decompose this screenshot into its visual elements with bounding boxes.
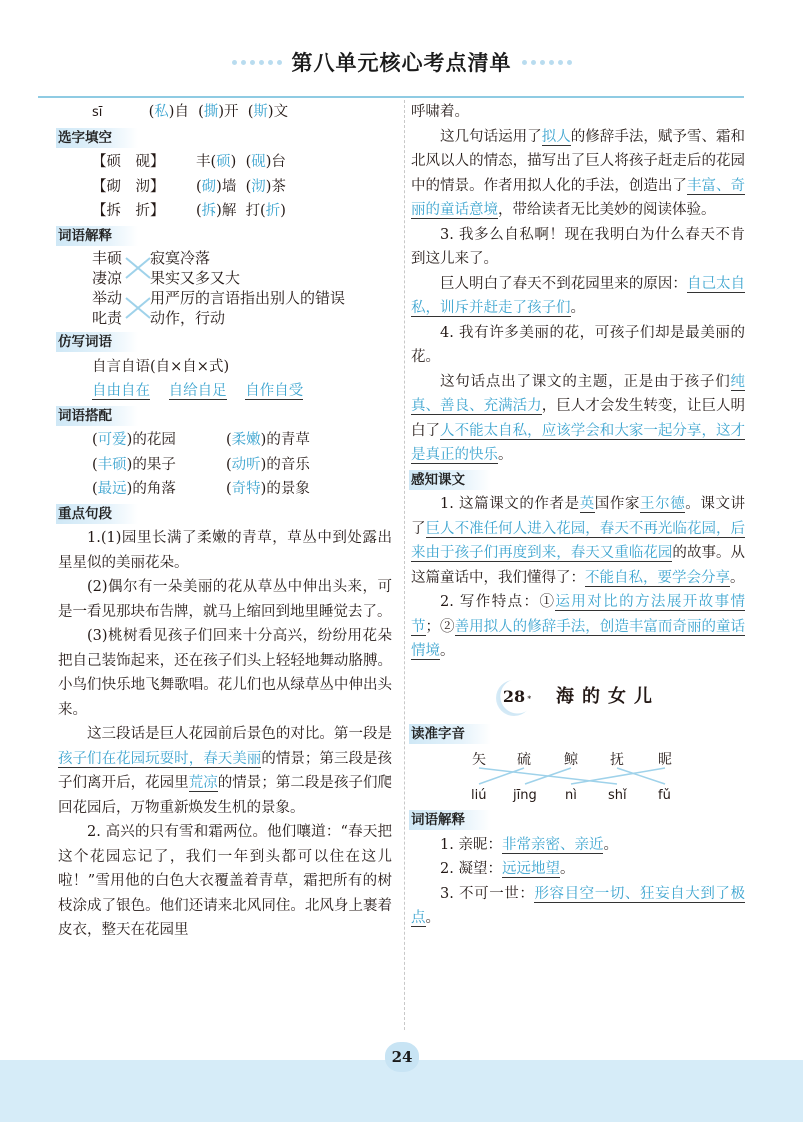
text: 这句话点出了课文的主题，正是由于孩子们 (440, 374, 731, 390)
answer: 撕 (204, 104, 219, 120)
answer: 最远 (98, 481, 127, 497)
lesson-name: 海的女儿 (556, 685, 660, 710)
text: 文 (274, 104, 289, 120)
text: 这几句话运用了 (440, 129, 542, 145)
text: 打( (246, 203, 266, 219)
imitate-example: 自言自语(自×自×式) (58, 355, 392, 380)
answer: 不能自私，要学会分享 (585, 570, 730, 587)
page-title: 第八单元核心考点清单 (292, 47, 512, 77)
fill-choice-row: 【拆 折】(拆)解 打(折) (58, 199, 392, 224)
answer: 可爱 (98, 432, 127, 448)
text: )台 (266, 154, 286, 170)
text: 自 (174, 104, 189, 120)
text: 1. 这篇课文的作者是 (440, 496, 580, 512)
passage-analysis: 巨人明白了春天不到花园里来的原因：自己太自私，训斥并赶走了孩子们。 (411, 272, 745, 321)
answer: 砚 (251, 154, 266, 170)
matching-lines-icon (124, 248, 152, 330)
right-column: 呼啸着。 这几句话运用了拟人的修辞手法，赋予雪、霜和北风以人的情态，描写出了巨人… (411, 100, 745, 931)
match-meaning: 寂寞冷落 (150, 248, 210, 268)
pron-char: 鲸 (564, 748, 578, 773)
match-meaning: 果实又多又大 (150, 268, 240, 288)
section-heading-fill-choice: 选字填空 (56, 128, 138, 148)
text: 。 (440, 643, 455, 659)
answer: 柔嫩 (232, 432, 261, 448)
answer: 丰硕 (98, 457, 127, 473)
fill-choice-row: 【硕 砚】丰(硕) (砚)台 (58, 150, 392, 175)
answer: 拟人 (542, 129, 571, 146)
match-word: 叱责 (92, 308, 122, 328)
section-heading-word-explain: 词语解释 (56, 226, 138, 246)
decorative-dots-left (232, 60, 282, 65)
text: )解 (216, 203, 236, 219)
answer: 自给自足 (169, 383, 227, 400)
passage-quote: 3. 我多么自私啊！现在我明白为什么春天不肯到这儿来了。 (411, 223, 745, 272)
match-meaning: 用严厉的言语指出别人的错误 (150, 288, 345, 308)
match-word: 丰硕 (92, 248, 122, 268)
lesson-title: 28* 海的女儿 (411, 674, 745, 722)
section-heading-key-passages: 重点句段 (56, 504, 138, 524)
sisi-line: sī (私)自 (撕)开 (斯)文 (58, 100, 392, 126)
pronunciation-matching: 矢 硫 鲸 抚 昵 liú jīng nì shǐ fǔ (469, 746, 745, 808)
answer: 英 (580, 496, 595, 513)
text: ) (231, 154, 237, 170)
page-number: 24 (385, 1042, 419, 1072)
text: 。 (498, 447, 513, 463)
answer: 动听 (232, 457, 261, 473)
pron-char: 昵 (658, 748, 672, 773)
section-heading-collocation: 词语搭配 (56, 406, 138, 426)
lesson-number-badge: 28* (496, 680, 532, 716)
text: 1. 亲昵： (440, 837, 502, 853)
answer: 善用拟人的修辞手法，创造丰富而奇丽的童话情境 (411, 619, 745, 661)
passage-quote: (2)偶尔有一朵美丽的花从草丛中伸出头来，可是一看见那块布告牌，就马上缩回到地里… (58, 575, 392, 624)
answer: 斯 (253, 104, 268, 120)
pron-pinyin: liú (471, 784, 486, 809)
passage-analysis: 这句话点出了课文的主题，正是由于孩子们纯真、善良、充满活力，巨人才会发生转变，让… (411, 370, 745, 468)
text: 。 (426, 910, 441, 926)
text: 。 (730, 570, 745, 586)
answer: 自作自受 (245, 383, 303, 400)
text: 3. 不可一世： (440, 886, 534, 902)
char-pair: 【砌 沏】 (92, 175, 196, 200)
text: 丰( (196, 154, 216, 170)
left-column: sī (私)自 (撕)开 (斯)文 选字填空 【硕 砚】丰(硕) (砚)台 【砌… (58, 100, 392, 943)
word-explain-item: 2. 凝望：远远地望。 (411, 857, 745, 882)
text: 的角落 (132, 481, 176, 497)
passage-continuation: 呼啸着。 (411, 100, 745, 125)
pron-pinyin: jīng (513, 784, 537, 809)
char-pair: 【拆 折】 (92, 199, 196, 224)
text: )墙 (216, 179, 236, 195)
text: 的音乐 (266, 457, 310, 473)
text: 巨人明白了春天不到花园里来的原因： (440, 276, 687, 292)
column-divider (404, 100, 405, 1030)
answer: 孩子们在花园玩耍时，春天美丽 (58, 751, 261, 768)
passage-analysis: 这三段话是巨人花园前后景色的对比。第一段是孩子们在花园玩耍时，春天美丽的情景；第… (58, 722, 392, 820)
text: 的果子 (132, 457, 176, 473)
text: ；② (426, 619, 455, 635)
collocation-row: (丰硕)的果子(动听)的音乐 (58, 453, 392, 478)
text: 的花园 (132, 432, 176, 448)
section-heading-perceive: 感知课文 (409, 470, 491, 490)
word-matching: 丰硕 凄凉 举动 叱责 寂寞冷落 果实又多又大 用严厉的言语指出别人的错误 动作… (92, 248, 392, 330)
fill-choice-list: 【硕 砚】丰(硕) (砚)台 【砌 沏】(砌)墙 (沏)茶 【拆 折】(拆)解 … (58, 150, 392, 224)
answer: 硕 (216, 154, 231, 170)
text: ) (280, 203, 286, 219)
lesson-mark: * (527, 687, 531, 712)
match-meaning: 动作，行动 (150, 308, 225, 328)
text: )茶 (266, 179, 286, 195)
section-heading-word-explain-2: 词语解释 (409, 810, 491, 830)
pron-char: 抚 (610, 748, 624, 773)
passage-quote: 4. 我有许多美丽的花，可孩子们却是最美丽的花。 (411, 321, 745, 370)
pinyin: sī (92, 101, 144, 126)
perceive-q2: 2. 写作特点：①运用对比的方法展开故事情节；②善用拟人的修辞手法，创造丰富而奇… (411, 590, 745, 664)
page-header: 第八单元核心考点清单 (0, 42, 803, 82)
collocation-row: (可爱)的花园(柔嫩)的青草 (58, 428, 392, 453)
decorative-dots-right (522, 60, 572, 65)
text: 的青草 (266, 432, 310, 448)
passage-quote: 2. 高兴的只有雪和霜两位。他们嚷道：“春天把这个花园忘记了，我们一年到头都可以… (58, 820, 392, 943)
header-rule (38, 96, 744, 98)
fill-choice-row: 【砌 沏】(砌)墙 (沏)茶 (58, 175, 392, 200)
text: 开 (224, 104, 239, 120)
pron-pinyin: fǔ (658, 784, 671, 809)
answer: 折 (266, 203, 281, 219)
answer: 王尔德 (640, 496, 685, 513)
answer: 远远地望 (502, 861, 560, 878)
match-word: 凄凉 (92, 268, 122, 288)
pron-char: 矢 (472, 748, 486, 773)
pron-pinyin: shǐ (608, 784, 627, 809)
text: 。 (571, 300, 586, 316)
text: 。 (603, 837, 618, 853)
text: 的景象 (266, 481, 310, 497)
section-heading-imitate: 仿写词语 (56, 332, 138, 352)
perceive-q1: 1. 这篇课文的作者是英国作家王尔德。课文讲了巨人不准任何人进入花园，春天不再光… (411, 492, 745, 590)
passage-quote: (3)桃树看见孩子们回来十分高兴，纷纷用花朵把自己装饰起来，还在孩子们头上轻轻地… (58, 624, 392, 722)
imitate-answers: 自由自在 自给自足 自作自受 (58, 379, 392, 404)
section-heading-pronounce: 读准字音 (409, 724, 491, 744)
word-explain-item: 3. 不可一世：形容目空一切、狂妄自大到了极点。 (411, 882, 745, 931)
pron-pinyin: nì (565, 784, 577, 809)
word-explain-item: 1. 亲昵：非常亲密、亲近。 (411, 833, 745, 858)
answer: 自由自在 (92, 383, 150, 400)
answer: 奇特 (232, 481, 261, 497)
answer: 拆 (202, 203, 217, 219)
char-pair: 【硕 砚】 (92, 150, 196, 175)
text: 这三段话是巨人花园前后景色的对比。第一段是 (87, 726, 392, 742)
text: ，带给读者无比美妙的阅读体验。 (498, 202, 716, 218)
text: 国作家 (595, 496, 640, 512)
text: 。 (560, 861, 575, 877)
passage-quote: 1.(1)园里长满了柔嫩的青草，草丛中到处露出星星似的美丽花朵。 (58, 526, 392, 575)
lesson-number: 28 (503, 685, 525, 710)
answer: 荒凉 (189, 775, 218, 792)
pron-char: 硫 (517, 748, 531, 773)
answer: 砌 (202, 179, 217, 195)
answer: 非常亲密、亲近 (502, 837, 604, 854)
answer: 沏 (251, 179, 266, 195)
text: 2. 凝望： (440, 861, 502, 877)
answer: 私 (154, 104, 169, 120)
text: 2. 写作特点：① (440, 594, 555, 610)
answer: 人不能太自私，应该学会和大家一起分享，这才是真正的快乐 (411, 423, 745, 465)
match-word: 举动 (92, 288, 122, 308)
collocation-row: (最远)的角落(奇特)的景象 (58, 477, 392, 502)
passage-analysis: 这几句话运用了拟人的修辞手法，赋予雪、霜和北风以人的情态，描写出了巨人将孩子赶走… (411, 125, 745, 223)
